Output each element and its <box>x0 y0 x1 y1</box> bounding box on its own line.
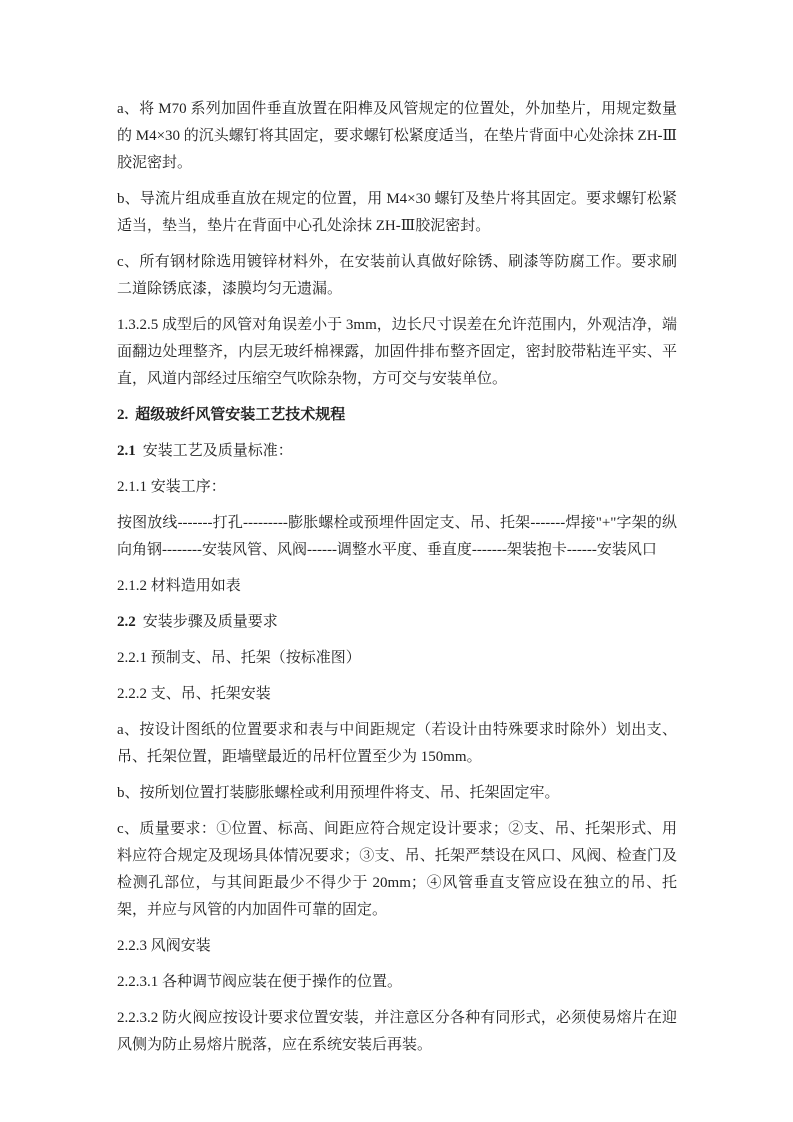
heading-number: 2.1 <box>117 443 136 459</box>
para-2-2-3-2: 2.2.3.2 防火阀应按设计要求位置安装，并注意区分各种有同形式，必须使易熔片… <box>117 1005 677 1059</box>
heading-2-1: 2.1安装工艺及质量标准： <box>117 438 677 465</box>
para-text: 2.1.1 安装工序： <box>117 479 226 495</box>
para-2-2-1: 2.2.1 预制支、吊、托架（按标准图） <box>117 645 677 672</box>
para-2-1-2: 2.1.2 材料造用如表 <box>117 573 677 600</box>
para-text: a、将 M70 系列加固件垂直放置在阳榫及风管规定的位置处，外加垫片，用规定数量… <box>117 101 677 171</box>
heading-section-2: 2.超级玻纤风管安装工艺技术规程 <box>117 402 677 429</box>
heading-number: 2. <box>117 407 128 423</box>
para-text: c、所有钢材除选用镀锌材料外，在安装前认真做好除锈、刷漆等防腐工作。要求刷二道除… <box>117 254 677 297</box>
document-body: a、将 M70 系列加固件垂直放置在阳榫及风管规定的位置处，外加垫片，用规定数量… <box>117 96 677 1068</box>
para-text: 2.1.2 材料造用如表 <box>117 578 241 594</box>
para-text: 2.2.1 预制支、吊、托架（按标准图） <box>117 650 361 666</box>
para-text: a、按设计图纸的位置要求和表与中间距规定（若设计由特殊要求时除外）划出支、吊、托… <box>117 722 677 765</box>
para-2-2-3-1: 2.2.3.1 各种调节阀应装在便于操作的位置。 <box>117 969 677 996</box>
heading-text: 安装工艺及质量标准： <box>143 443 293 459</box>
para-text: 2.2.2 支、吊、托架安装 <box>117 686 271 702</box>
heading-text: 超级玻纤风管安装工艺技术规程 <box>135 407 345 423</box>
para-step-a: a、按设计图纸的位置要求和表与中间距规定（若设计由特殊要求时除外）划出支、吊、托… <box>117 717 677 771</box>
para-fixing-b: b、导流片组成垂直放在规定的位置，用 M4×30 螺钉及垫片将其固定。要求螺钉松… <box>117 186 677 240</box>
para-fixing-c: c、所有钢材除选用镀锌材料外，在安装前认真做好除锈、刷漆等防腐工作。要求刷二道除… <box>117 249 677 303</box>
para-text: 2.2.3.2 防火阀应按设计要求位置安装，并注意区分各种有同形式，必须使易熔片… <box>117 1010 677 1053</box>
para-1-3-2-5: 1.3.2.5 成型后的风管对角误差小于 3mm，边长尺寸误差在允许范围内，外观… <box>117 312 677 393</box>
para-text: 2.2.3.1 各种调节阀应装在便于操作的位置。 <box>117 974 402 990</box>
para-text: 按图放线-------打孔---------膨胀螺栓或预埋件固定支、吊、托架--… <box>117 515 677 558</box>
document-page: a、将 M70 系列加固件垂直放置在阳榫及风管规定的位置处，外加垫片，用规定数量… <box>0 0 793 1122</box>
heading-2-2: 2.2安装步骤及质量要求 <box>117 609 677 636</box>
para-text: 2.2.3 风阀安装 <box>117 938 211 954</box>
para-text: b、按所划位置打装膨胀螺栓或利用预埋件将支、吊、托架固定牢。 <box>117 785 560 801</box>
para-install-sequence: 按图放线-------打孔---------膨胀螺栓或预埋件固定支、吊、托架--… <box>117 510 677 564</box>
para-text: b、导流片组成垂直放在规定的位置，用 M4×30 螺钉及垫片将其固定。要求螺钉松… <box>117 191 677 234</box>
para-2-2-2: 2.2.2 支、吊、托架安装 <box>117 681 677 708</box>
para-step-c-quality: c、质量要求：①位置、标高、间距应符合规定设计要求；②支、吊、托架形式、用料应符… <box>117 816 677 924</box>
para-2-1-1: 2.1.1 安装工序： <box>117 474 677 501</box>
para-step-b: b、按所划位置打装膨胀螺栓或利用预埋件将支、吊、托架固定牢。 <box>117 780 677 807</box>
para-text: 1.3.2.5 成型后的风管对角误差小于 3mm，边长尺寸误差在允许范围内，外观… <box>117 317 677 387</box>
para-fixing-a: a、将 M70 系列加固件垂直放置在阳榫及风管规定的位置处，外加垫片，用规定数量… <box>117 96 677 177</box>
heading-number: 2.2 <box>117 614 136 630</box>
para-2-2-3: 2.2.3 风阀安装 <box>117 933 677 960</box>
heading-text: 安装步骤及质量要求 <box>143 614 278 630</box>
para-text: c、质量要求：①位置、标高、间距应符合规定设计要求；②支、吊、托架形式、用料应符… <box>117 821 677 918</box>
